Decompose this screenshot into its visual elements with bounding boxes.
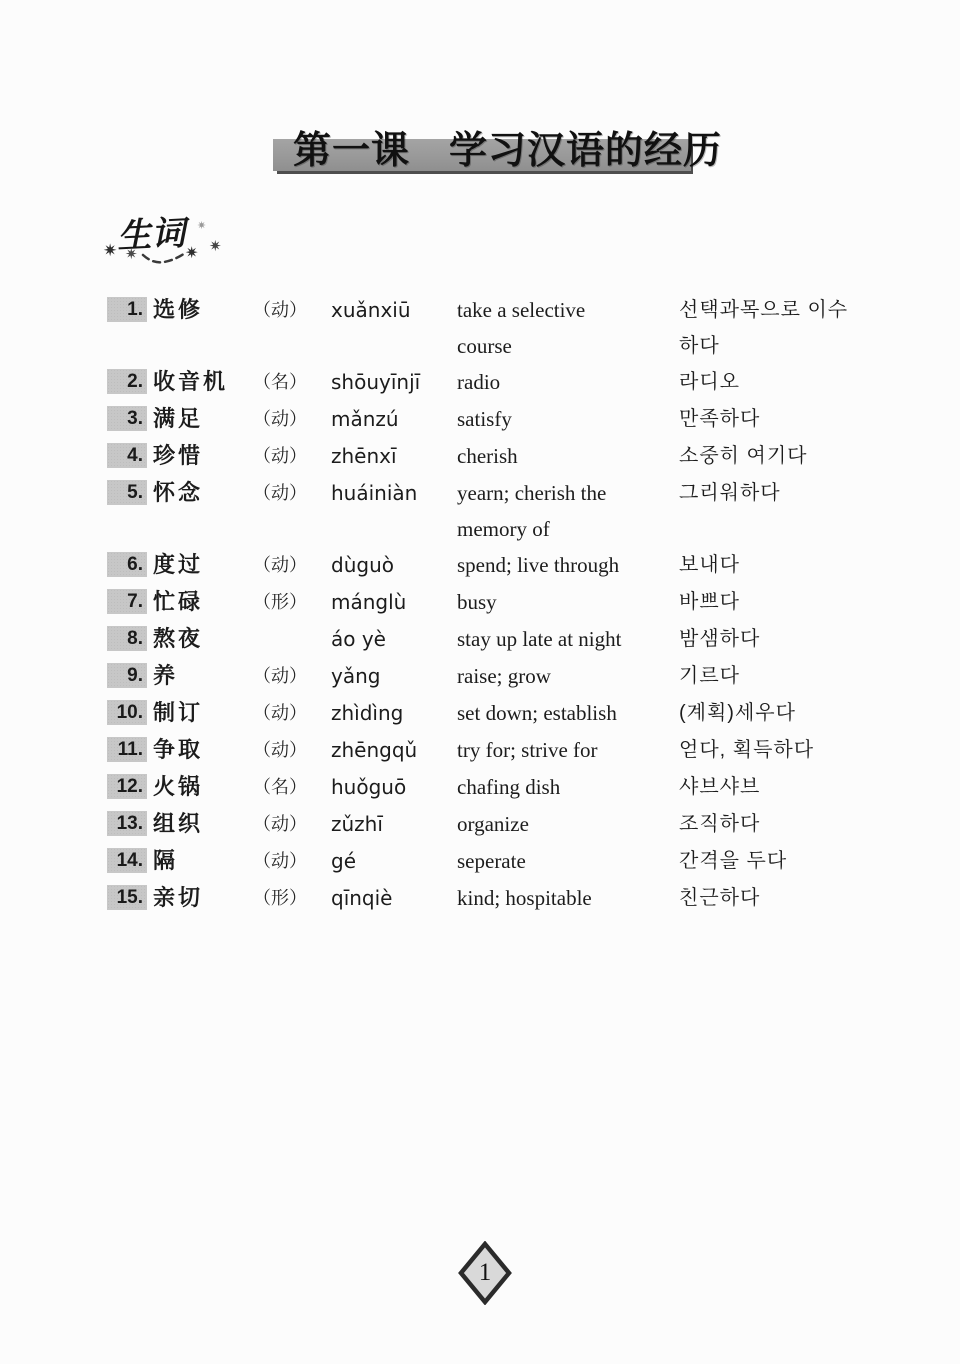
dash-curve-icon [141, 251, 187, 265]
vocab-row: 7. 忙碌 （形） mánglù busy 바쁘다 [107, 584, 877, 621]
entry-pinyin: zhēnxī [331, 438, 457, 474]
entry-korean: (계획)세우다 [679, 695, 877, 731]
entry-korean: 얻다, 획득하다 [679, 732, 877, 768]
entry-number-badge: 2. [107, 369, 147, 394]
entry-english: spend; live through [457, 547, 679, 583]
entry-part-of-speech: （动） [253, 806, 331, 842]
entry-number-badge: 14. [107, 848, 147, 873]
entry-hanzi: 选修 [153, 292, 253, 328]
entry-english: stay up late at night [457, 621, 679, 657]
entry-english: satisfy [457, 401, 679, 437]
vocab-row: 4. 珍惜 （动） zhēnxī cherish 소중히 여기다 [107, 438, 877, 475]
entry-hanzi: 火锅 [153, 769, 253, 805]
entry-pinyin: huǒguō [331, 769, 457, 805]
entry-part-of-speech: （动） [253, 658, 331, 694]
entry-pinyin: zhìdìng [331, 695, 457, 731]
vocab-row: 12. 火锅 （名） huǒguō chafing dish 샤브샤브 [107, 769, 877, 806]
entry-korean: 선택과목으로 이수하다 [679, 292, 877, 364]
entry-english: yearn; cherish thememory of [457, 475, 679, 547]
entry-number-badge: 5. [107, 480, 147, 505]
entry-english: kind; hospitable [457, 880, 679, 916]
entry-number-badge: 9. [107, 663, 147, 688]
vocab-row: 1. 选修 （动） xuǎnxiū take a selectivecourse… [107, 292, 877, 364]
entry-number-cell: 11. [107, 732, 153, 769]
lesson-title: 第一课 学习汉语的经历 [293, 119, 713, 174]
entry-number-badge: 11. [107, 737, 147, 762]
entry-pinyin: shōuyīnjī [331, 364, 457, 400]
entry-number-cell: 14. [107, 843, 153, 880]
entry-korean: 만족하다 [679, 401, 877, 437]
entry-number-cell: 6. [107, 547, 153, 584]
textbook-page: 第一课 学习汉语的经历 生词 ✷ ✷ ✷ ✷ ✷ 1. 选修 （动） xuǎnx… [0, 0, 960, 1364]
entry-korean: 바쁘다 [679, 584, 877, 620]
entry-number-cell: 13. [107, 806, 153, 843]
entry-number-badge: 12. [107, 774, 147, 799]
entry-hanzi: 熬夜 [153, 621, 253, 657]
star-icon: ✷ [209, 237, 222, 255]
entry-pinyin: huáiniàn [331, 475, 457, 511]
entry-pinyin: zǔzhī [331, 806, 457, 842]
vocab-row: 2. 收音机 （名） shōuyīnjī radio 라디오 [107, 364, 877, 401]
entry-pinyin: áo yè [331, 621, 457, 657]
page-number-value: 1 [458, 1241, 512, 1305]
entry-korean: 그리워하다 [679, 475, 877, 511]
entry-number-cell: 7. [107, 584, 153, 621]
entry-hanzi: 养 [153, 658, 253, 694]
entry-part-of-speech: （形） [253, 584, 331, 620]
entry-number-badge: 7. [107, 589, 147, 614]
entry-number-cell: 5. [107, 475, 153, 512]
entry-part-of-speech: （动） [253, 292, 331, 328]
entry-part-of-speech: （动） [253, 695, 331, 731]
entry-part-of-speech: （动） [253, 438, 331, 474]
entry-hanzi: 收音机 [153, 364, 253, 400]
entry-korean: 조직하다 [679, 806, 877, 842]
entry-english: radio [457, 364, 679, 400]
star-icon: ✷ [185, 243, 198, 262]
entry-english: take a selectivecourse [457, 292, 679, 364]
entry-hanzi: 珍惜 [153, 438, 253, 474]
vocab-list: 1. 选修 （动） xuǎnxiū take a selectivecourse… [107, 292, 877, 917]
entry-hanzi: 度过 [153, 547, 253, 583]
entry-korean: 라디오 [679, 364, 877, 400]
star-icon: ✷ [103, 241, 117, 261]
entry-pinyin: zhēngqǔ [331, 732, 457, 768]
entry-hanzi: 亲切 [153, 880, 253, 916]
entry-number-badge: 15. [107, 885, 147, 910]
entry-pinyin: gé [331, 843, 457, 879]
entry-part-of-speech: （名） [253, 769, 331, 805]
star-icon: ✷ [125, 245, 138, 263]
entry-english: raise; grow [457, 658, 679, 694]
entry-number-cell: 12. [107, 769, 153, 806]
entry-korean: 간격을 두다 [679, 843, 877, 879]
vocab-row: 9. 养 （动） yǎng raise; grow 기르다 [107, 658, 877, 695]
entry-english: set down; establish [457, 695, 679, 731]
entry-english: busy [457, 584, 679, 620]
entry-pinyin: xuǎnxiū [331, 292, 457, 328]
entry-number-badge: 13. [107, 811, 147, 836]
entry-hanzi: 争取 [153, 732, 253, 768]
entry-number-cell: 1. [107, 292, 153, 329]
entry-number-badge: 10. [107, 700, 147, 725]
entry-english: chafing dish [457, 769, 679, 805]
entry-part-of-speech: （动） [253, 401, 331, 437]
entry-number-badge: 6. [107, 552, 147, 577]
entry-hanzi: 忙碌 [153, 584, 253, 620]
entry-part-of-speech: （动） [253, 843, 331, 879]
entry-korean: 친근하다 [679, 880, 877, 916]
entry-part-of-speech: （动） [253, 547, 331, 583]
entry-part-of-speech: （动） [253, 732, 331, 768]
entry-number-cell: 9. [107, 658, 153, 695]
entry-korean: 샤브샤브 [679, 769, 877, 805]
entry-number-cell: 2. [107, 364, 153, 401]
vocab-row: 3. 满足 （动） mǎnzú satisfy 만족하다 [107, 401, 877, 438]
entry-number-badge: 1. [107, 297, 147, 322]
entry-number-cell: 3. [107, 401, 153, 438]
entry-part-of-speech: （形） [253, 880, 331, 916]
entry-part-of-speech: （动） [253, 475, 331, 511]
entry-pinyin: mánglù [331, 584, 457, 620]
vocab-row: 14. 隔 （动） gé seperate 간격을 두다 [107, 843, 877, 880]
entry-number-badge: 4. [107, 443, 147, 468]
entry-hanzi: 满足 [153, 401, 253, 437]
vocab-row: 13. 组织 （动） zǔzhī organize 조직하다 [107, 806, 877, 843]
entry-pinyin: qīnqiè [331, 880, 457, 916]
entry-korean: 소중히 여기다 [679, 438, 877, 474]
entry-number-badge: 8. [107, 626, 147, 651]
entry-english: seperate [457, 843, 679, 879]
entry-hanzi: 隔 [153, 843, 253, 879]
entry-pinyin: dùguò [331, 547, 457, 583]
entry-hanzi: 组织 [153, 806, 253, 842]
entry-korean: 기르다 [679, 658, 877, 694]
ornament-stars: ✷ ✷ ✷ ✷ ✷ [101, 233, 231, 267]
entry-hanzi: 怀念 [153, 475, 253, 511]
entry-part-of-speech: （名） [253, 364, 331, 400]
entry-pinyin: yǎng [331, 658, 457, 694]
vocab-row: 5. 怀念 （动） huáiniàn yearn; cherish themem… [107, 475, 877, 547]
entry-number-cell: 8. [107, 621, 153, 658]
vocab-row: 8. 熬夜 áo yè stay up late at night 밤샘하다 [107, 621, 877, 658]
page-number: 1 [458, 1241, 512, 1305]
entry-number-badge: 3. [107, 406, 147, 431]
entry-number-cell: 10. [107, 695, 153, 732]
entry-pinyin: mǎnzú [331, 401, 457, 437]
vocab-row: 15. 亲切 （形） qīnqiè kind; hospitable 친근하다 [107, 880, 877, 917]
vocab-row: 11. 争取 （动） zhēngqǔ try for; strive for 얻… [107, 732, 877, 769]
entry-english: try for; strive for [457, 732, 679, 768]
entry-english: organize [457, 806, 679, 842]
entry-hanzi: 制订 [153, 695, 253, 731]
entry-korean: 밤샘하다 [679, 621, 877, 657]
entry-number-cell: 4. [107, 438, 153, 475]
entry-english: cherish [457, 438, 679, 474]
vocab-row: 6. 度过 （动） dùguò spend; live through 보내다 [107, 547, 877, 584]
entry-number-cell: 15. [107, 880, 153, 917]
entry-korean: 보내다 [679, 547, 877, 583]
vocab-row: 10. 制订 （动） zhìdìng set down; establish (… [107, 695, 877, 732]
star-icon: ✷ [197, 219, 206, 232]
